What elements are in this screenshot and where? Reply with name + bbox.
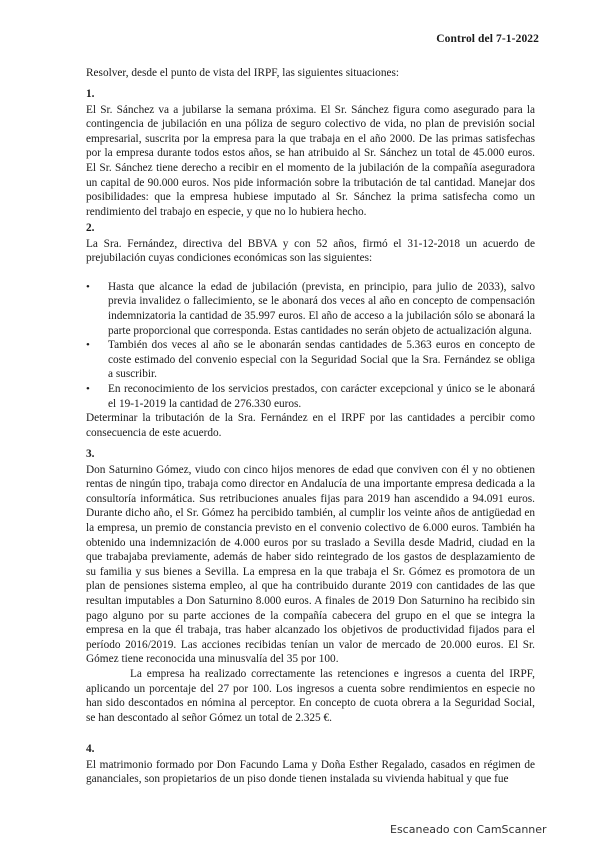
section-number: 3. (86, 447, 535, 462)
section-number: 1. (86, 87, 535, 102)
section-paragraph: El Sr. Sánchez va a jubilarse la semana … (86, 103, 535, 220)
section-4: 4. El matrimonio formado por Don Facundo… (86, 742, 535, 787)
section-3: 3. Don Saturnino Gómez, viudo con cinco … (86, 447, 535, 725)
scanned-document-page: Control del 7-1-2022 Resolver, desde el … (0, 0, 599, 848)
section-number: 4. (86, 742, 535, 757)
section-closing: Determinar la tributación de la Sra. Fer… (86, 411, 535, 440)
list-item: Hasta que alcance la edad de jubilación … (86, 280, 535, 338)
section-paragraph: El matrimonio formado por Don Facundo La… (86, 758, 535, 787)
section-1: 1. El Sr. Sánchez va a jubilarse la sema… (86, 87, 535, 219)
intro-instruction: Resolver, desde el punto de vista del IR… (86, 67, 399, 79)
list-item: En reconocimiento de los servicios prest… (86, 382, 535, 411)
list-item: También dos veces al año se le abonarán … (86, 338, 535, 382)
section-paragraph: La Sra. Fernández, directiva del BBVA y … (86, 237, 535, 266)
camscanner-watermark: Escaneado con CamScanner (390, 823, 547, 836)
document-header-title: Control del 7-1-2022 (436, 33, 539, 45)
section-number: 2. (86, 221, 535, 236)
spacer (86, 266, 535, 280)
section-2: 2. La Sra. Fernández, directiva del BBVA… (86, 221, 535, 440)
section-paragraph: La empresa ha realizado correctamente la… (86, 667, 535, 725)
conditions-list: Hasta que alcance la edad de jubilación … (86, 280, 535, 411)
section-paragraph: Don Saturnino Gómez, viudo con cinco hij… (86, 463, 535, 667)
